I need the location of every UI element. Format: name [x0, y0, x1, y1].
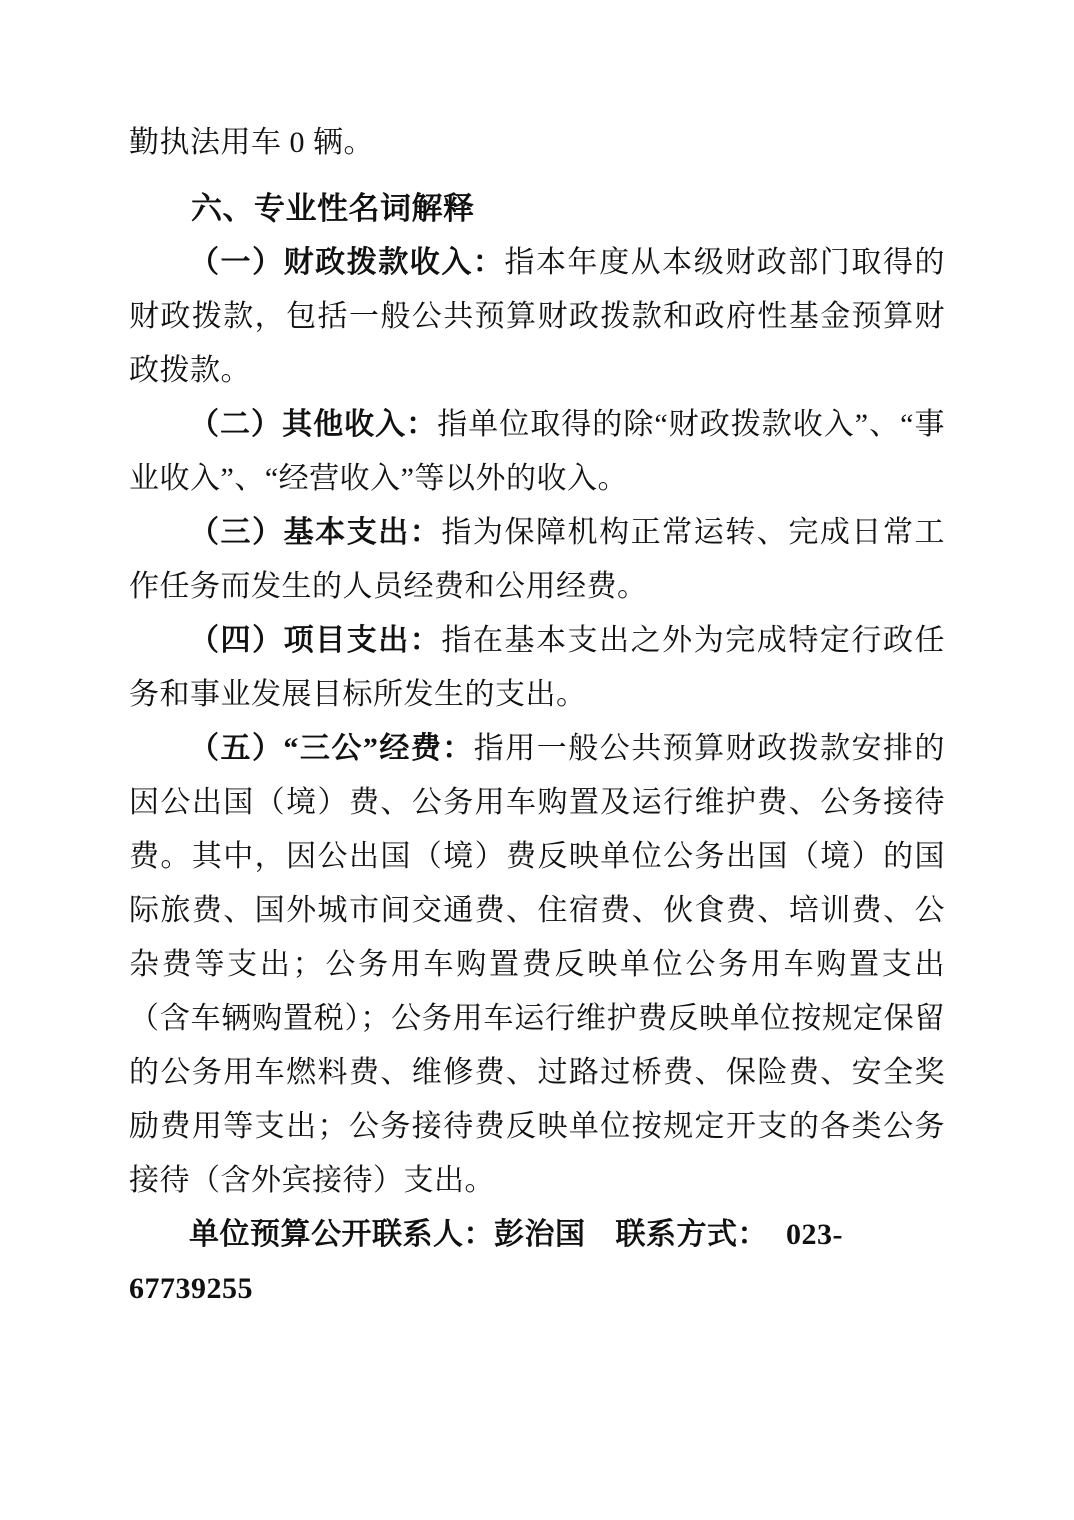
contact-person-label: 单位预算公开联系人：	[189, 1218, 494, 1251]
section-heading: 六、专业性名词解释	[129, 182, 945, 236]
paragraph-continuation: 勤执法用车 0 辆。	[129, 116, 945, 170]
definition-term-1: （一）财政拨款收入：	[189, 246, 504, 279]
definition-term-5: （五）“三公”经费：	[189, 732, 474, 765]
definition-term-3: （三）基本支出：	[189, 516, 441, 549]
definition-term-2: （二）其他收入：	[189, 408, 437, 441]
definition-paragraph-4: （四）项目支出：指在基本支出之外为完成特定行政任务和事业发展目标所发生的支出。	[129, 614, 945, 722]
contact-line: 单位预算公开联系人：彭治国联系方式：023-67739255	[129, 1208, 945, 1316]
document-content: 勤执法用车 0 辆。 六、专业性名词解释 （一）财政拨款收入：指本年度从本级财政…	[129, 116, 945, 1316]
definition-text-5: 指用一般公共预算财政拨款安排的因公出国（境）费、公务用车购置及运行维护费、公务接…	[129, 732, 945, 1197]
definition-paragraph-2: （二）其他收入：指单位取得的除“财政拨款收入”、“事业收入”、“经营收入”等以外…	[129, 398, 945, 506]
definition-paragraph-5: （五）“三公”经费：指用一般公共预算财政拨款安排的因公出国（境）费、公务用车购置…	[129, 722, 945, 1208]
contact-person-name: 彭治国	[494, 1218, 586, 1251]
contact-method-label: 联系方式：	[616, 1218, 769, 1251]
definition-paragraph-1: （一）财政拨款收入：指本年度从本级财政部门取得的财政拨款，包括一般公共预算财政拨…	[129, 236, 945, 398]
definition-paragraph-3: （三）基本支出：指为保障机构正常运转、完成日常工作任务而发生的人员经费和公用经费…	[129, 506, 945, 614]
document-page: 勤执法用车 0 辆。 六、专业性名词解释 （一）财政拨款收入：指本年度从本级财政…	[0, 0, 1074, 1520]
definition-term-4: （四）项目支出：	[189, 624, 441, 657]
